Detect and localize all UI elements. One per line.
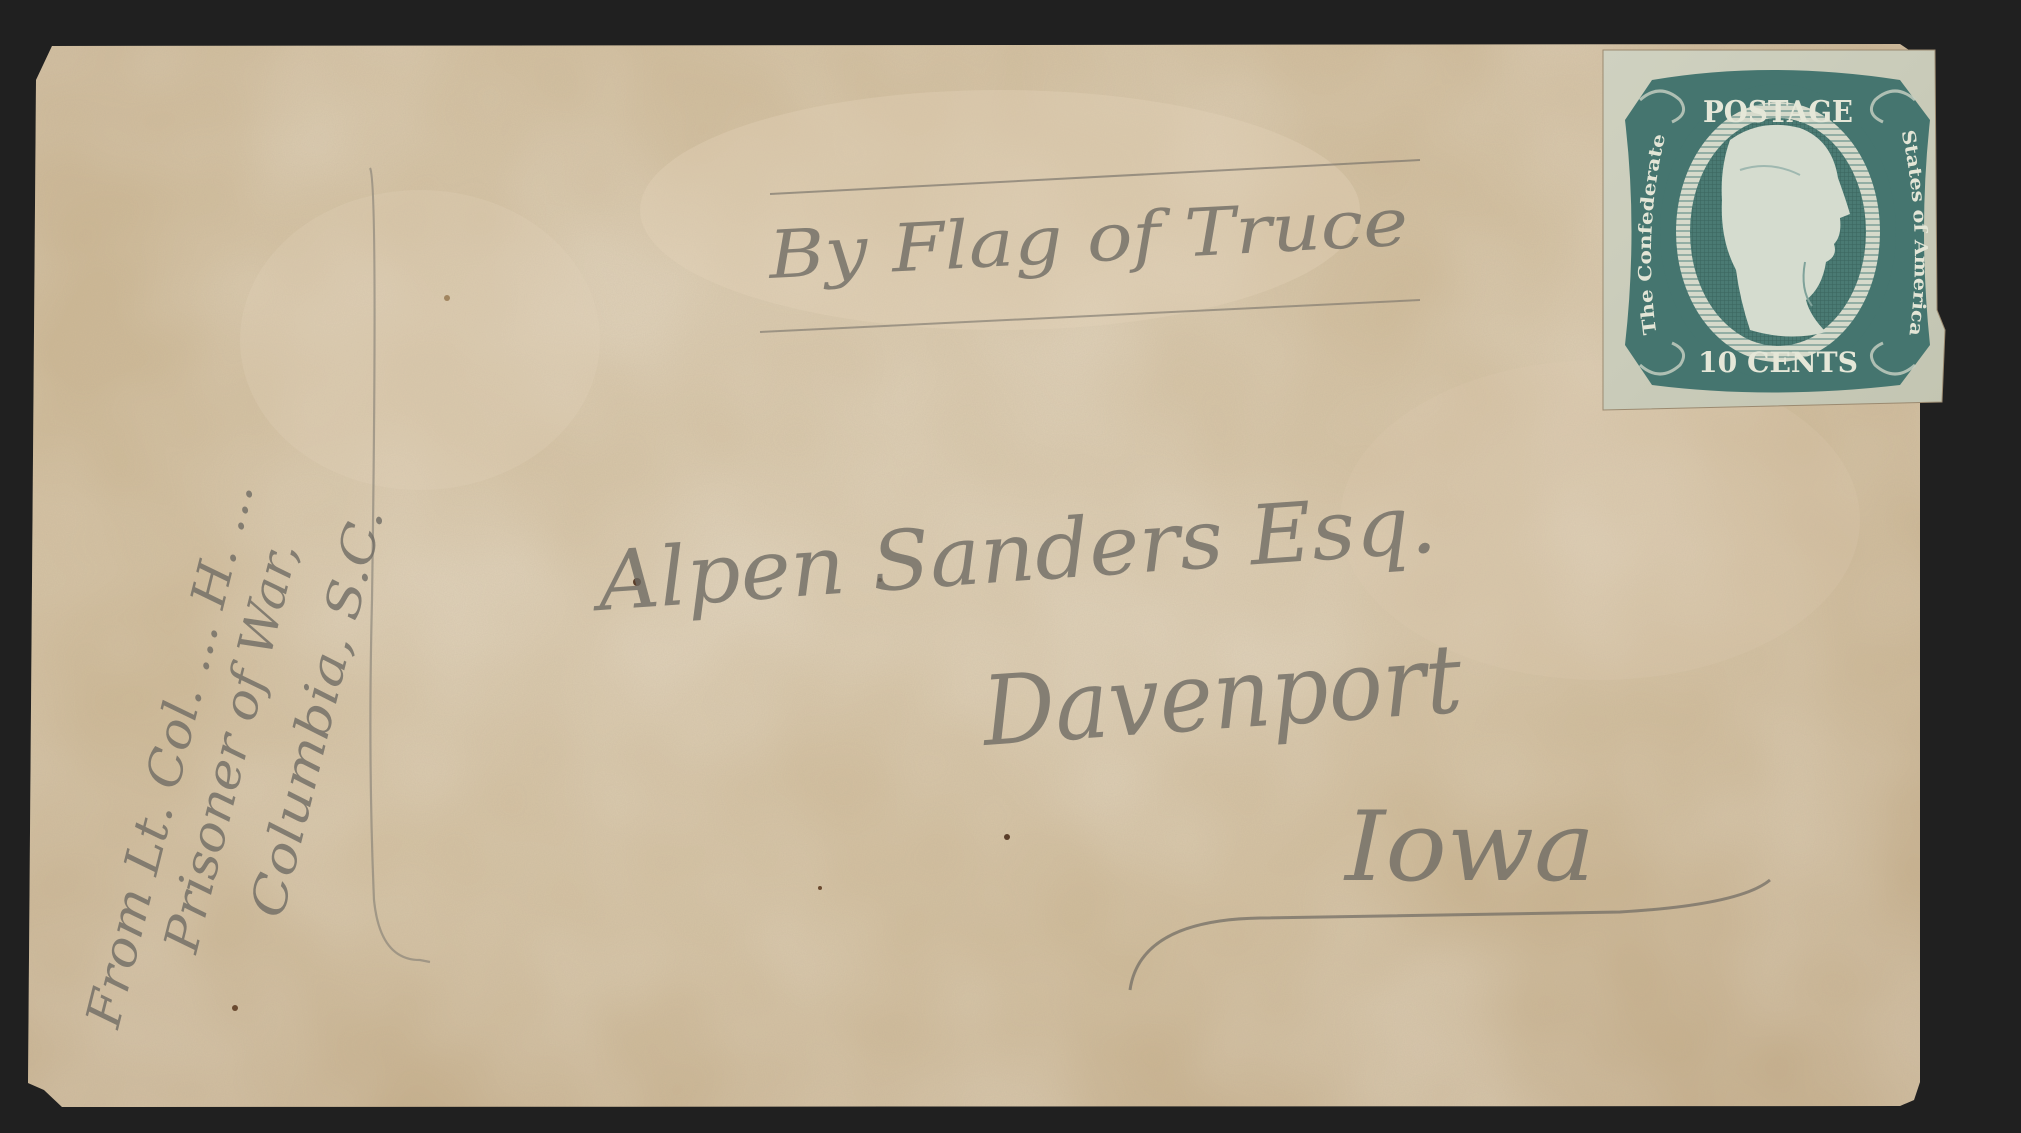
address-line-3: Iowa (1343, 791, 1595, 903)
stamp-bottom-label: 10 CENTS (1698, 346, 1858, 379)
stamp-top-label: POSTAGE (1703, 95, 1853, 130)
envelope-photo: POSTAGE 10 CENTS The Confederate States … (0, 0, 2021, 1133)
postage-stamp: POSTAGE 10 CENTS The Confederate States … (1603, 50, 1945, 410)
photo-stage: POSTAGE 10 CENTS The Confederate States … (0, 0, 2021, 1133)
